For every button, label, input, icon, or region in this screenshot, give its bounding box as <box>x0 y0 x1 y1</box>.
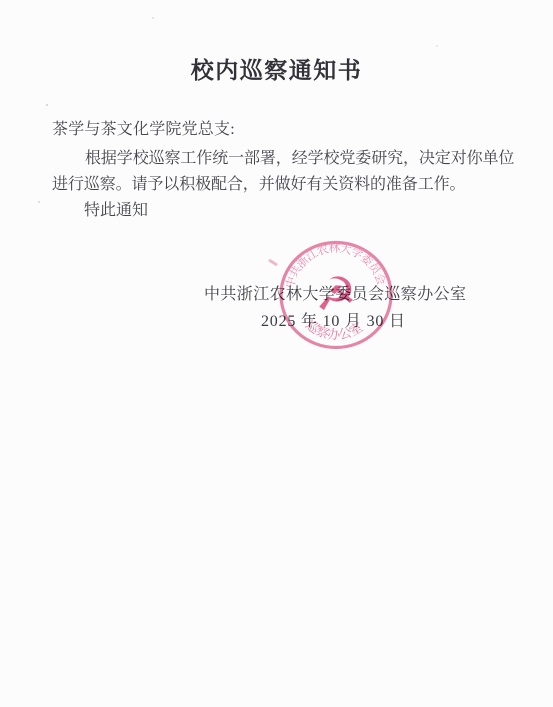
scan-speckles <box>46 104 48 106</box>
seal-bottom-text: 巡察办公室 <box>302 318 365 344</box>
page-title: 校内巡察通知书 <box>0 57 553 83</box>
addressee-line: 茶学与茶文化学院党总支: <box>52 119 235 141</box>
body-paragraph-line-1: 根据学校巡察工作统一部署，经学校党委研究，决定对你单位 <box>85 148 514 170</box>
scanned-notice-page: 校内巡察通知书 茶学与茶文化学院党总支: 根据学校巡察工作统一部署，经学校党委研… <box>0 0 553 707</box>
hammer-sickle-icon: ☭ <box>315 267 356 321</box>
official-red-seal: 中共浙江农林大学委员会 巡察办公室 ☭ <box>277 236 395 354</box>
closing-phrase: 特此通知 <box>84 200 148 222</box>
body-paragraph-line-2: 进行巡察。请予以积极配合，并做好有关资料的准备工作。 <box>52 174 465 196</box>
